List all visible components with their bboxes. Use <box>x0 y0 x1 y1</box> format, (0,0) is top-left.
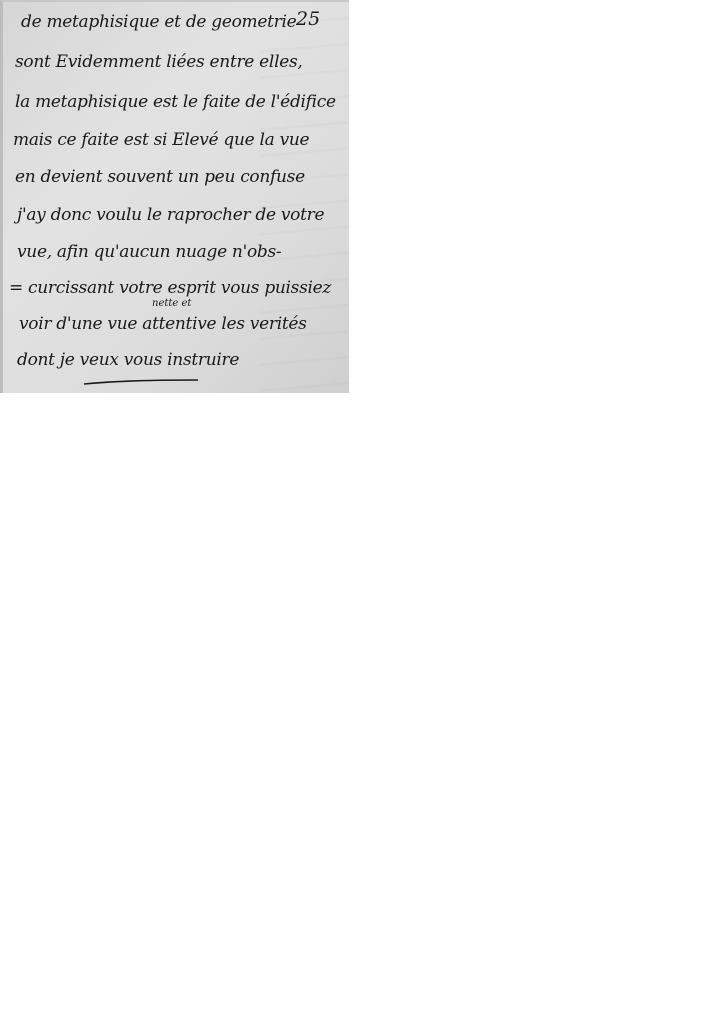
manuscript-line-9: voir d'une vue attentive les verités <box>19 314 307 334</box>
manuscript-line-10: dont je veux vous instruire <box>17 350 239 370</box>
closing-flourish-line <box>83 379 199 385</box>
manuscript-line-8: = curcissant votre esprit vous puissiez <box>9 278 331 298</box>
manuscript-line-1: de metaphisique et de geometrie <box>21 12 296 32</box>
manuscript-line-2: sont Evidemment liées entre elles, <box>15 52 303 72</box>
manuscript-line-3: la metaphisique est le faite de l'édific… <box>15 92 336 112</box>
page-number: 25 <box>296 8 320 30</box>
manuscript-page: de metaphisique et de geometrie 25 sont … <box>0 0 349 393</box>
manuscript-line-5: en devient souvent un peu confuse <box>15 167 305 187</box>
manuscript-line-4: mais ce faite est si Elevé que la vue <box>13 130 309 150</box>
manuscript-line-6: j'ay donc voulu le raprocher de votre <box>17 205 324 225</box>
interlinear-insertion: nette et <box>152 298 191 309</box>
manuscript-line-7: vue, afin qu'aucun nuage n'obs- <box>17 242 281 262</box>
